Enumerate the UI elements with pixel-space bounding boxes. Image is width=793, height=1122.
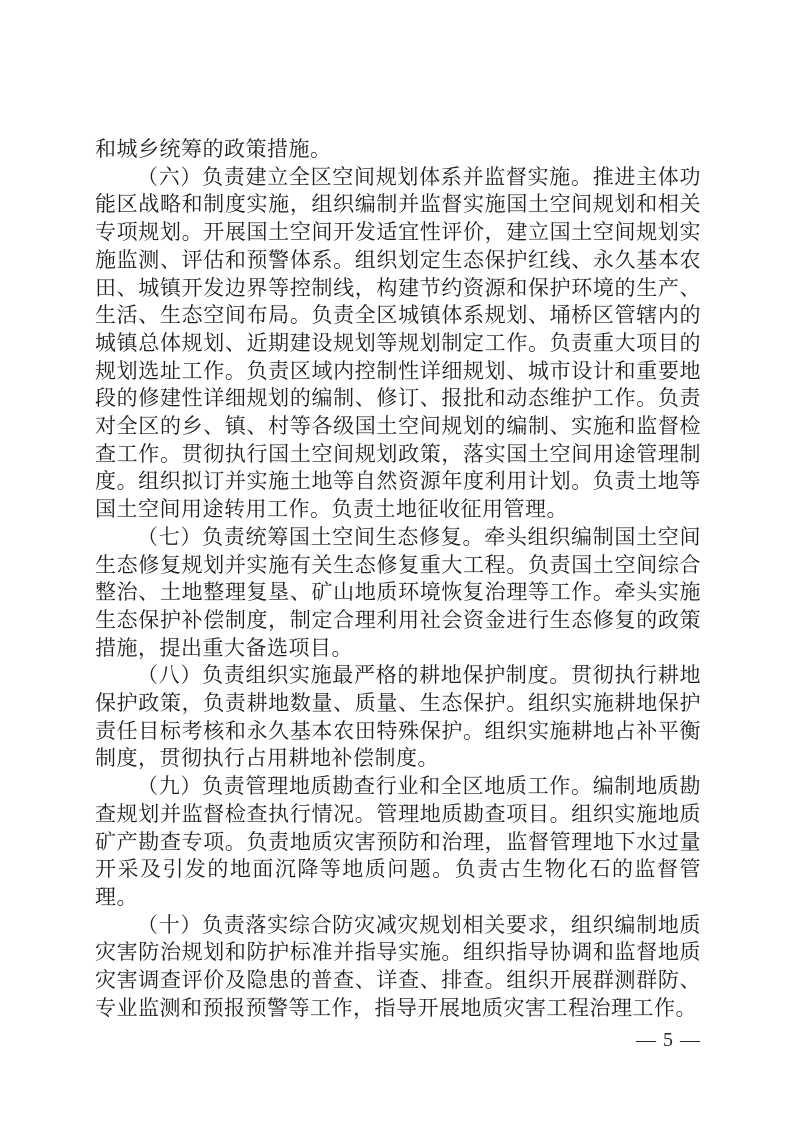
paragraph-continuation: 和城乡统筹的政策措施。 [95,136,701,164]
page-number: — 5 — [636,1029,701,1052]
paragraph-clause-6: （六）负责建立全区空间规划体系并监督实施。推进主体功能区战略和制度实施，组织编制… [95,164,701,524]
paragraph-clause-8: （八）负责组织实施最严格的耕地保护制度。贯彻执行耕地保护政策，负责耕地数量、质量… [95,662,701,773]
document-page: 和城乡统筹的政策措施。 （六）负责建立全区空间规划体系并监督实施。推进主体功能区… [0,0,793,1122]
paragraph-clause-9: （九）负责管理地质勘查行业和全区地质工作。编制地质勘查规划并监督检查执行情况。管… [95,773,701,912]
document-body: 和城乡统筹的政策措施。 （六）负责建立全区空间规划体系并监督实施。推进主体功能区… [95,136,701,1023]
paragraph-clause-7: （七）负责统筹国土空间生态修复。牵头组织编制国土空间生态修复规划并实施有关生态修… [95,524,701,663]
paragraph-clause-10: （十）负责落实综合防灾减灾规划相关要求，组织编制地质灾害防治规划和防护标准并指导… [95,912,701,1023]
